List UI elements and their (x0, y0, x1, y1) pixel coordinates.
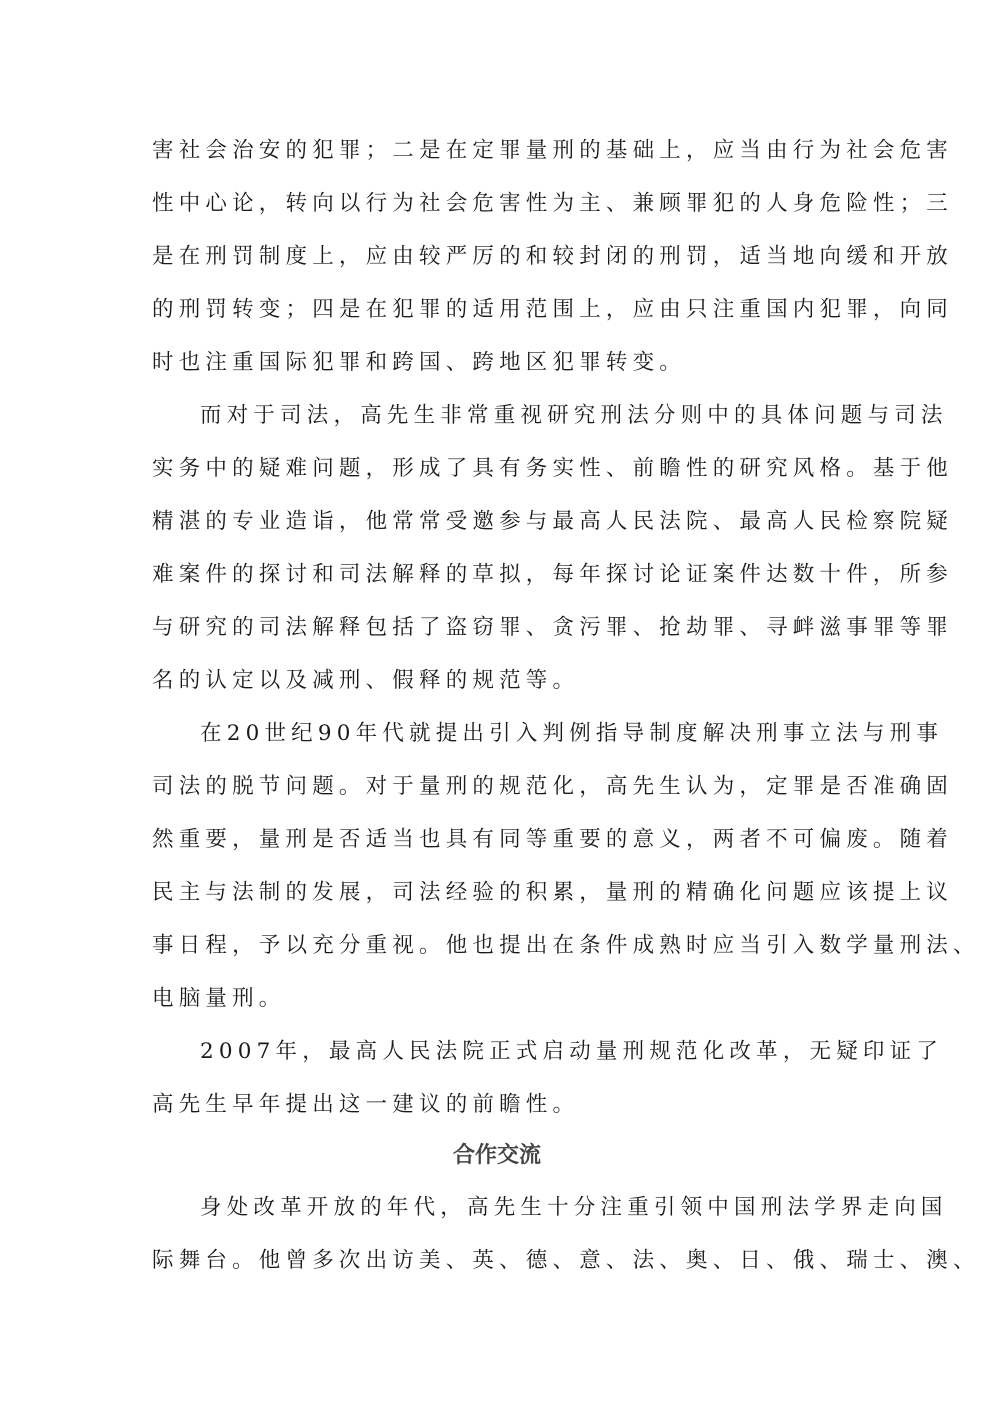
paragraph-reform-2007: 2007年，最高人民法院正式启动量刑规范化改革，无疑印证了 高先生早年提出这一建… (152, 1025, 842, 1131)
text-line: 际舞台。他曾多次出访美、英、德、意、法、奥、日、俄、瑞士、澳、 (152, 1234, 842, 1287)
text-line: 害社会治安的犯罪；二是在定罪量刑的基础上，应当由行为社会危害 (152, 124, 842, 177)
document-page: 害社会治安的犯罪；二是在定罪量刑的基础上，应当由行为社会危害 性中心论，转向以行… (152, 124, 842, 1287)
paragraph-sentencing-standardization: 在20世纪90年代就提出引入判例指导制度解决刑事立法与刑事 司法的脱节问题。对于… (152, 707, 842, 1025)
text-line: 精湛的专业造诣，他常常受邀参与最高人民法院、最高人民检察院疑 (152, 495, 842, 548)
text-line: 身处改革开放的年代，高先生十分注重引领中国刑法学界走向国 (152, 1181, 842, 1234)
text-line: 电脑量刑。 (152, 972, 842, 1025)
text-line: 在20世纪90年代就提出引入判例指导制度解决刑事立法与刑事 (152, 707, 842, 760)
text-line: 司法的脱节问题。对于量刑的规范化，高先生认为，定罪是否准确固 (152, 760, 842, 813)
paragraph-international-exchange: 身处改革开放的年代，高先生十分注重引领中国刑法学界走向国 际舞台。他曾多次出访美… (152, 1181, 842, 1287)
section-heading: 合作交流 (152, 1131, 842, 1181)
text-line: 而对于司法，高先生非常重视研究刑法分则中的具体问题与司法 (152, 389, 842, 442)
paragraph-criminal-policy: 害社会治安的犯罪；二是在定罪量刑的基础上，应当由行为社会危害 性中心论，转向以行… (152, 124, 842, 389)
text-line: 然重要，量刑是否适当也具有同等重要的意义，两者不可偏废。随着 (152, 813, 842, 866)
text-line: 时也注重国际犯罪和跨国、跨地区犯罪转变。 (152, 336, 842, 389)
text-line: 事日程，予以充分重视。他也提出在条件成熟时应当引入数学量刑法、 (152, 919, 842, 972)
paragraph-judicial-practice: 而对于司法，高先生非常重视研究刑法分则中的具体问题与司法 实务中的疑难问题，形成… (152, 389, 842, 707)
text-line: 高先生早年提出这一建议的前瞻性。 (152, 1078, 842, 1131)
text-line: 2007年，最高人民法院正式启动量刑规范化改革，无疑印证了 (152, 1025, 842, 1078)
text-line: 是在刑罚制度上，应由较严厉的和较封闭的刑罚，适当地向缓和开放 (152, 230, 842, 283)
text-line: 实务中的疑难问题，形成了具有务实性、前瞻性的研究风格。基于他 (152, 442, 842, 495)
text-line: 民主与法制的发展，司法经验的积累，量刑的精确化问题应该提上议 (152, 866, 842, 919)
text-line: 性中心论，转向以行为社会危害性为主、兼顾罪犯的人身危险性；三 (152, 177, 842, 230)
text-line: 难案件的探讨和司法解释的草拟，每年探讨论证案件达数十件，所参 (152, 548, 842, 601)
text-line: 的刑罚转变；四是在犯罪的适用范围上，应由只注重国内犯罪，向同 (152, 283, 842, 336)
text-line: 名的认定以及减刑、假释的规范等。 (152, 654, 842, 707)
text-line: 与研究的司法解释包括了盗窃罪、贪污罪、抢劫罪、寻衅滋事罪等罪 (152, 601, 842, 654)
